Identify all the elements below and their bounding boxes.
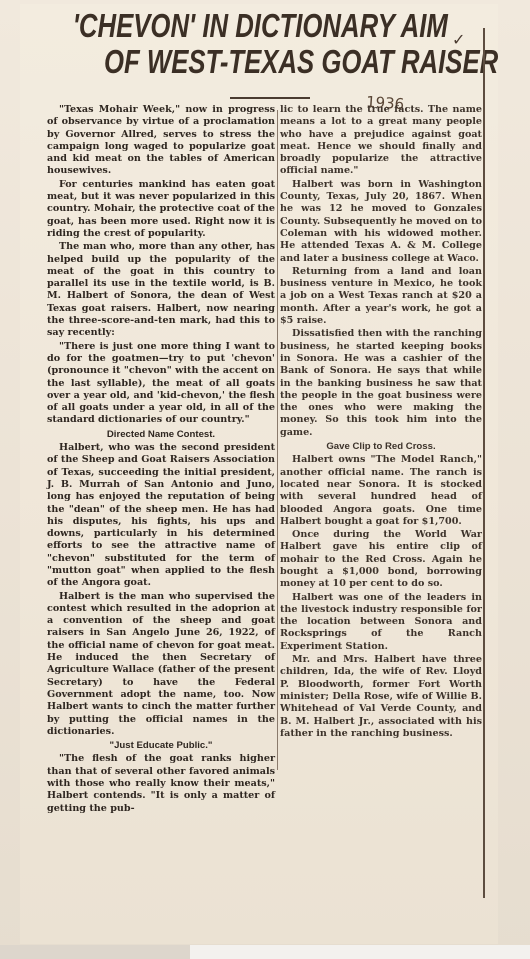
paragraph: lic to learn the true facts. The name me… bbox=[280, 104, 482, 178]
headline: 'CHEVON' IN DICTIONARY AIM OF WEST-TEXAS… bbox=[81, 8, 440, 80]
headline-line-1: 'CHEVON' IN DICTIONARY AIM bbox=[73, 8, 440, 44]
subheading: Directed Name Contest. bbox=[47, 429, 275, 441]
paragraph: The man who, more than any other, has he… bbox=[47, 241, 275, 339]
article-column-right: lic to learn the true facts. The name me… bbox=[280, 104, 482, 740]
paragraph: Once during the World War Halbert gave h… bbox=[280, 529, 482, 590]
paragraph: Halbert owns "The Model Ranch," another … bbox=[280, 454, 482, 528]
background-edge-light bbox=[190, 945, 530, 959]
paragraph: "There is just one more thing I want to … bbox=[47, 341, 275, 427]
paragraph: Halbert was one of the leaders in the li… bbox=[280, 592, 482, 653]
paragraph: Returning from a land and loan business … bbox=[280, 266, 482, 327]
article-column-left: "Texas Mohair Week," now in progress of … bbox=[47, 104, 275, 815]
paragraph: Halbert was born in Washington County, T… bbox=[280, 179, 482, 265]
paragraph: "The flesh of the goat ranks higher than… bbox=[47, 753, 275, 814]
paragraph: "Texas Mohair Week," now in progress of … bbox=[47, 104, 275, 178]
column-divider bbox=[277, 110, 278, 770]
paragraph: Halbert, who was the second president of… bbox=[47, 442, 275, 590]
column-border bbox=[483, 28, 485, 898]
headline-divider bbox=[230, 97, 310, 99]
paragraph: Halbert is the man who supervised the co… bbox=[47, 591, 275, 739]
subheading: Gave Clip to Red Cross. bbox=[280, 441, 482, 453]
paragraph: Mr. and Mrs. Halbert have three children… bbox=[280, 654, 482, 740]
paragraph: For centuries mankind has eaten goat mea… bbox=[47, 179, 275, 240]
subheading: "Just Educate Public." bbox=[47, 740, 275, 752]
headline-line-2: OF WEST-TEXAS GOAT RAISER bbox=[104, 44, 439, 80]
paragraph: Dissatisfied then with the ranching busi… bbox=[280, 328, 482, 439]
handwritten-checkmark-icon: ✓ bbox=[452, 30, 465, 49]
